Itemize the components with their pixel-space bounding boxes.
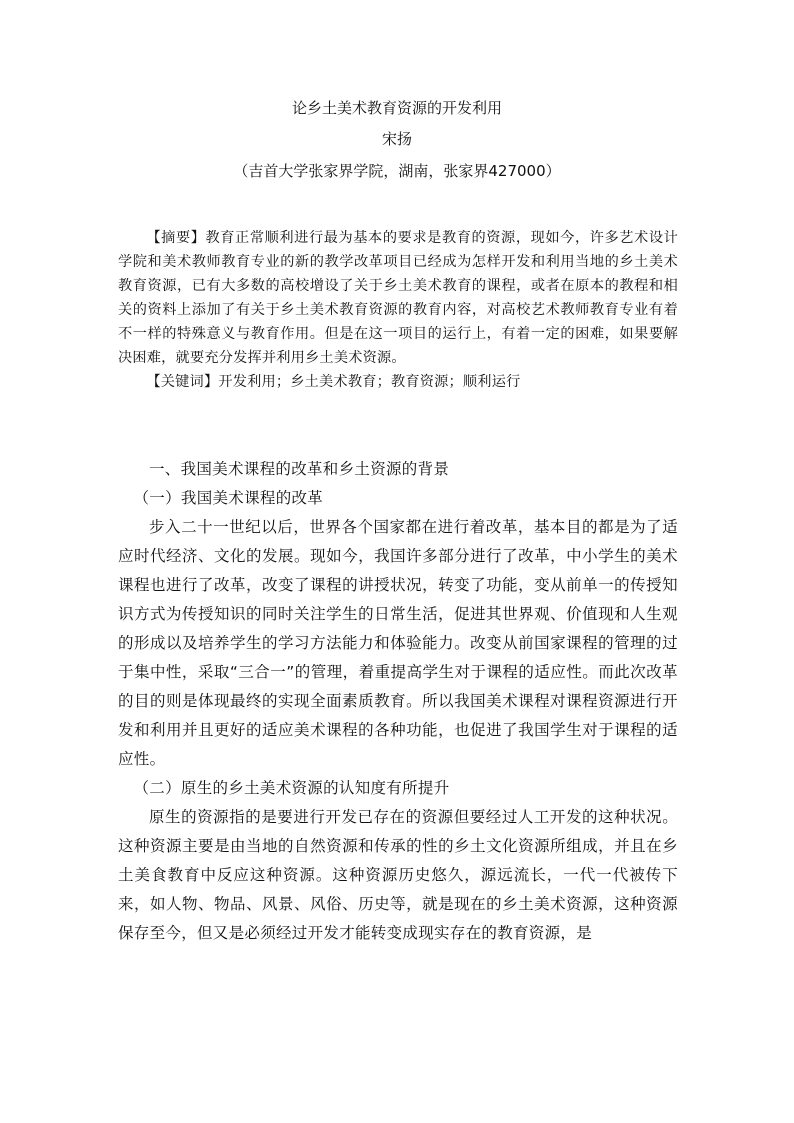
body-text: 一、我国美术课程的改革和乡土资源的背景 （一）我国美术课程的改革 步入二十一世纪… [118,455,678,948]
subsection-heading: （一）我国美术课程的改革 [118,484,678,513]
document-page: 论乡土美术教育资源的开发利用 宋扬 （吉首大学张家界学院，湖南，张家界42700… [0,0,794,1123]
author-affiliation: （吉首大学张家界学院，湖南，张家界427000） [0,160,794,181]
paragraph: 原生的资源指的是要进行开发已存在的资源但要经过人工开发的这种状况。这种资源主要是… [118,803,678,948]
abstract-text: 【摘要】教育正常顺利进行最为基本的要求是教育的资源，现如今，许多艺术设计学院和美… [118,226,678,370]
subsection-heading: （二）原生的乡土美术资源的认知度有所提升 [118,774,678,803]
section-heading: 一、我国美术课程的改革和乡土资源的背景 [118,455,678,484]
abstract-block: 【摘要】教育正常顺利进行最为基本的要求是教育的资源，现如今，许多艺术设计学院和美… [118,226,678,394]
keywords-text: 【关键词】开发利用；乡土美术教育；教育资源；顺利运行 [118,370,678,394]
author-name: 宋扬 [0,128,794,149]
paragraph: 步入二十一世纪以后，世界各个国家都在进行着改革，基本目的都是为了适应时代经济、文… [118,513,678,774]
paper-title: 论乡土美术教育资源的开发利用 [0,97,794,118]
